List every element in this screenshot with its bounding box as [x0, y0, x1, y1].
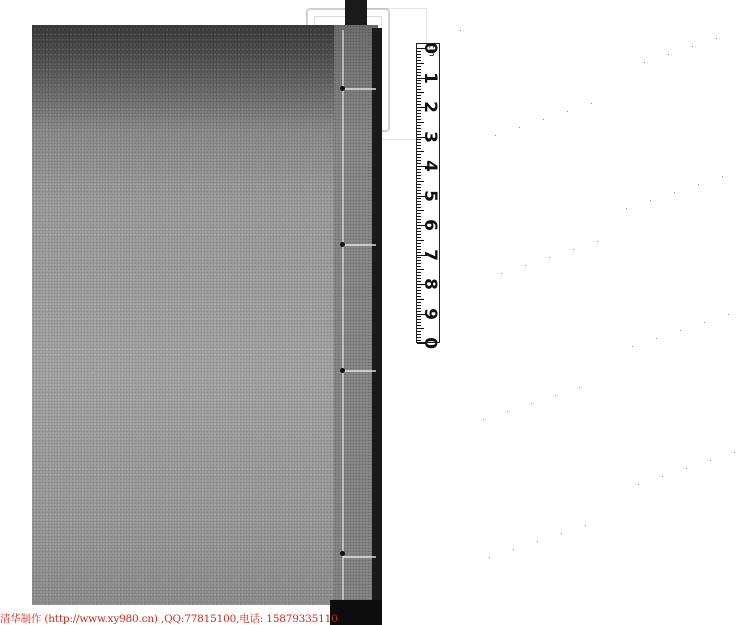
ruler-number: 3: [423, 130, 437, 144]
scan-speck: [549, 257, 550, 258]
ruler-tick: [417, 89, 421, 90]
ruler-tick: [417, 184, 421, 185]
book-cover: [32, 25, 334, 605]
ruler-tick: [417, 322, 421, 323]
ruler-tick: [417, 60, 421, 61]
ruler-number: 5: [423, 189, 437, 203]
ruler-tick: [417, 299, 424, 300]
ruler-tick: [417, 213, 421, 214]
ruler-number: 8: [423, 277, 437, 291]
scan-speck: [710, 460, 711, 461]
ruler-tick: [417, 95, 421, 96]
ruler-tick: [417, 269, 424, 270]
scan-speck: [674, 192, 675, 193]
stitch-hole: [340, 551, 345, 556]
scan-speck: [591, 103, 592, 104]
ruler-tick: [417, 113, 421, 114]
scan-speck: [734, 452, 735, 453]
scan-speck: [537, 541, 538, 542]
scan-speck: [483, 419, 484, 420]
ruler-tick: [417, 119, 421, 120]
ruler-tick: [417, 86, 421, 87]
scan-speck: [513, 549, 514, 550]
ruler-tick: [417, 334, 421, 335]
ruler-tick: [417, 128, 421, 129]
scan-speck: [692, 46, 693, 47]
watermark-credit: 清华制作 (http://www.xy980.cn) ,QQ:77815100,…: [0, 611, 338, 625]
measurement-ruler: cm 01234567890: [416, 43, 440, 343]
scan-speck: [585, 525, 586, 526]
ruler-tick: [417, 92, 424, 93]
ruler-number: 2: [423, 100, 437, 114]
ruler-tick: [417, 175, 421, 176]
binding-thread: [343, 88, 376, 90]
ruler-tick: [417, 116, 421, 117]
ruler-number: 9: [423, 307, 437, 321]
ruler-tick: [417, 154, 421, 155]
scan-speck: [460, 30, 461, 31]
scan-speck: [519, 127, 520, 128]
ruler-tick: [417, 290, 421, 291]
ruler-number: 1: [423, 71, 437, 85]
stitch-hole: [340, 86, 345, 91]
scan-speck: [656, 338, 657, 339]
top-clip: [345, 0, 367, 28]
stitch-hole: [340, 368, 345, 373]
scan-speck: [668, 54, 669, 55]
ruler-tick: [417, 172, 421, 173]
scan-speck: [507, 411, 508, 412]
ruler-tick: [417, 331, 421, 332]
ruler-number: 4: [423, 159, 437, 173]
ruler-tick: [417, 151, 424, 152]
scan-speck: [698, 184, 699, 185]
scan-speck: [531, 403, 532, 404]
ruler-tick: [417, 216, 421, 217]
scan-speck: [728, 314, 729, 315]
ruler-tick: [417, 246, 421, 247]
ruler-tick: [417, 328, 424, 329]
scan-speck: [686, 468, 687, 469]
ruler-tick: [417, 305, 421, 306]
scan-speck: [543, 119, 544, 120]
ruler-tick: [417, 302, 421, 303]
ruler-tick: [417, 187, 421, 188]
scan-speck: [644, 62, 645, 63]
ruler-tick: [417, 293, 421, 294]
scan-speck: [662, 476, 663, 477]
ruler-tick: [417, 263, 421, 264]
scan-speck: [597, 241, 598, 242]
ruler-tick: [417, 210, 424, 211]
ruler-tick: [417, 237, 421, 238]
binding-thread: [343, 244, 376, 246]
scan-speck: [650, 200, 651, 201]
ruler-tick: [417, 63, 424, 64]
ruler-tick: [417, 240, 424, 241]
ruler-tick: [417, 69, 421, 70]
scan-speck: [495, 135, 496, 136]
scan-speck: [567, 111, 568, 112]
ruler-tick: [417, 204, 421, 205]
scan-speck: [501, 273, 502, 274]
scan-speck: [638, 484, 639, 485]
scan-speck: [632, 346, 633, 347]
scan-speck: [573, 249, 574, 250]
binding-thread: [343, 370, 376, 372]
ruler-tick: [417, 325, 421, 326]
ruler-tick: [417, 66, 421, 67]
ruler-tick: [417, 207, 421, 208]
scan-speck: [716, 38, 717, 39]
ruler-tick: [417, 234, 421, 235]
scan-speck: [489, 557, 490, 558]
ruler-number: 6: [423, 218, 437, 232]
stitch-line: [342, 30, 344, 600]
scan-speck: [579, 387, 580, 388]
ruler-tick: [417, 296, 421, 297]
ruler-tick: [417, 243, 421, 244]
ruler-tick: [417, 272, 421, 273]
scan-speck: [525, 265, 526, 266]
scan-speck: [680, 330, 681, 331]
scan-speck: [704, 322, 705, 323]
ruler-tick: [417, 125, 421, 126]
ruler-tick: [417, 122, 424, 123]
stitch-hole: [340, 242, 345, 247]
ruler-tick: [417, 57, 421, 58]
book-edge: [372, 28, 382, 603]
ruler-number: 7: [423, 248, 437, 262]
ruler-number: 0: [423, 41, 437, 55]
ruler-tick: [417, 181, 424, 182]
scan-speck: [626, 208, 627, 209]
ruler-number: 0: [423, 336, 437, 350]
ruler-tick: [417, 54, 421, 55]
ruler-tick: [417, 231, 421, 232]
scan-speck: [555, 395, 556, 396]
ruler-tick: [417, 275, 421, 276]
binding-thread: [343, 556, 376, 558]
scan-speck: [561, 533, 562, 534]
ruler-tick: [417, 266, 421, 267]
ruler-tick: [417, 98, 421, 99]
ruler-tick: [417, 178, 421, 179]
ruler-tick: [417, 145, 421, 146]
ruler-tick: [417, 148, 421, 149]
ruler-tick: [417, 157, 421, 158]
scan-speck: [722, 176, 723, 177]
